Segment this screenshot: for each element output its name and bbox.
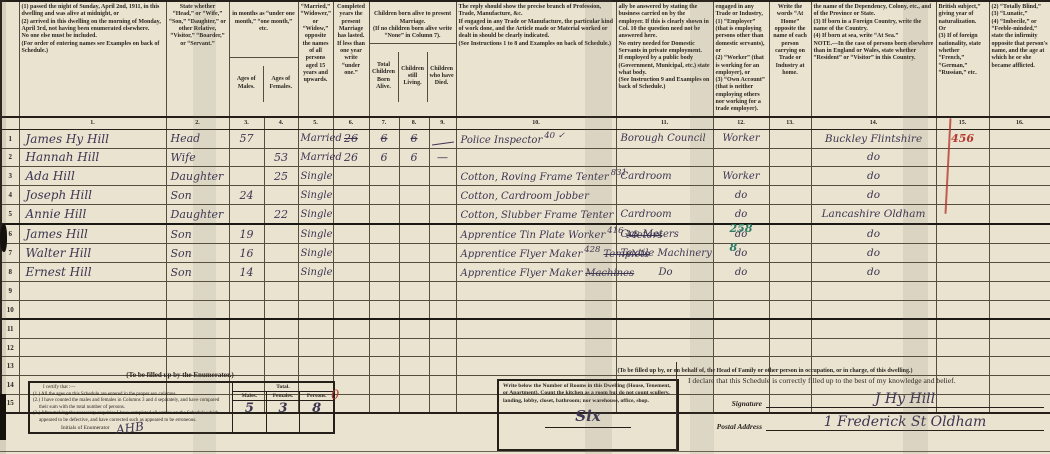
census-table: (1) passed the night of Sunday, April 2n… [0,0,1050,414]
tabulation-mark: 258 [730,222,753,235]
enumerator-initials-signature: AHB [115,422,144,434]
column-header-years-married: Completed years the present Marriage has… [333,1,369,117]
table-row: 8 Ernest Hill Son 14 Single Apprentice F… [1,263,1050,282]
total-males: 5 [233,401,266,432]
column-number-row: 1.2. 3.4. 5.6. 7.8. 9.10. 11.12. 13.14. … [1,117,1050,130]
head-signature: J Hy Hill [875,391,935,407]
totals-table: Total. Males.5 Females.3 Persons.8 [232,383,333,432]
column-header-children: Children born alive to present Marriage.… [369,1,456,117]
row-number-column-header [1,1,19,117]
table-row: 11 [1,319,1050,338]
column-header-marriage: “Married,” “Widower,” or “Widow,” opposi… [298,1,333,117]
column-header-ages-females: Ages of Females. [264,66,298,102]
total-females: 3 [267,401,300,432]
table-row: 12 [1,338,1050,357]
column-header-industry: ally be answered by stating the business… [616,1,713,117]
table-row: 6 James Hill Son 19 Single Apprentice Ti… [1,224,1050,244]
rooms-instruction: Write below the Number of Rooms in this … [503,383,673,405]
column-header-at-home: Write the words “At Home” opposite the n… [769,1,811,117]
red-ink-mark: 0 [331,388,339,403]
declaration-text: I declare that this Schedule is correctl… [688,376,1044,385]
tabulation-mark: 8 [730,241,738,254]
household-heading: (To be filled up by, or on behalf of, th… [520,368,1010,374]
postal-address-label: Postal Address [688,422,766,431]
postal-address-handwritten: 1 Frederick St Oldham [824,414,986,430]
column-header-ages-males: Ages of Males. [230,66,265,102]
census-schedule-1911: (1) passed the night of Sunday, April 2n… [0,0,1050,454]
bottom-edge-line [0,451,1050,452]
initials-label: Initials of Enumerator [61,425,110,432]
declaration: I declare that this Schedule is correctl… [688,376,1044,431]
total-persons: 8 [300,401,333,432]
signature-label: Signature [688,399,766,408]
enumerator-box: I certify that :— (1.) All the ages on t… [28,381,335,434]
enumerator-certification: I certify that :— (1.) All the ages on t… [30,383,232,432]
column-header-children-died: Children who have Died. [428,52,456,102]
column-header-occupation: The reply should show the precise branch… [456,1,616,117]
rooms-box: Write below the Number of Rooms in this … [497,379,679,451]
scan-artifact [0,394,6,440]
column-header-ages: in months as “under one month,” “one mon… [229,1,298,117]
table-row: 7 Walter Hill Son 16 Single Apprentice F… [1,244,1050,263]
divider-line [676,362,677,452]
enumerator-heading: (To be filled up by the Enumerator.) [40,371,320,379]
column-header-infirmity: (2) “Totally Blind,” (3) “Lunatic,” (4) … [989,1,1050,117]
scan-artifact [0,224,7,252]
strike-line [432,141,454,145]
column-header-name: (1) passed the night of Sunday, April 2n… [19,1,166,117]
header-row: (1) passed the night of Sunday, April 2n… [1,1,1050,117]
column-header-employment-status: engaged in any Trade or Industry, (1) “E… [713,1,769,117]
table-row: 1 James Hy Hill Head 57 Married 26 6 6 P… [1,129,1050,148]
column-header-birthplace: the name of the Dependency, Colony, etc.… [811,1,936,117]
rooms-count-handwritten: Six [545,407,630,429]
table-row: 10 [1,300,1050,319]
table-row: 3 Ada Hill Daughter 25 Single Cotton, Ro… [1,167,1050,186]
table-row: 2 Hannah Hill Wife 53 Married 26 6 6 — d… [1,148,1050,167]
table-row: 4 Joseph Hill Son 24 Single Cotton, Card… [1,186,1050,205]
column-header-children-born: Total Children Born Alive. [370,52,399,102]
column-header-nationality: British subject,” giving year of natural… [936,1,989,117]
table-row: 9 [1,282,1050,301]
footer-section: (To be filled up by the Enumerator.) I c… [0,362,1050,454]
table-row: 5 Annie Hill Daughter 22 Single Cotton, … [1,205,1050,225]
column-header-children-living: Children still Living. [399,52,428,102]
column-header-relationship: State whether “Head,” or “Wife,” “Son,” … [166,1,229,117]
